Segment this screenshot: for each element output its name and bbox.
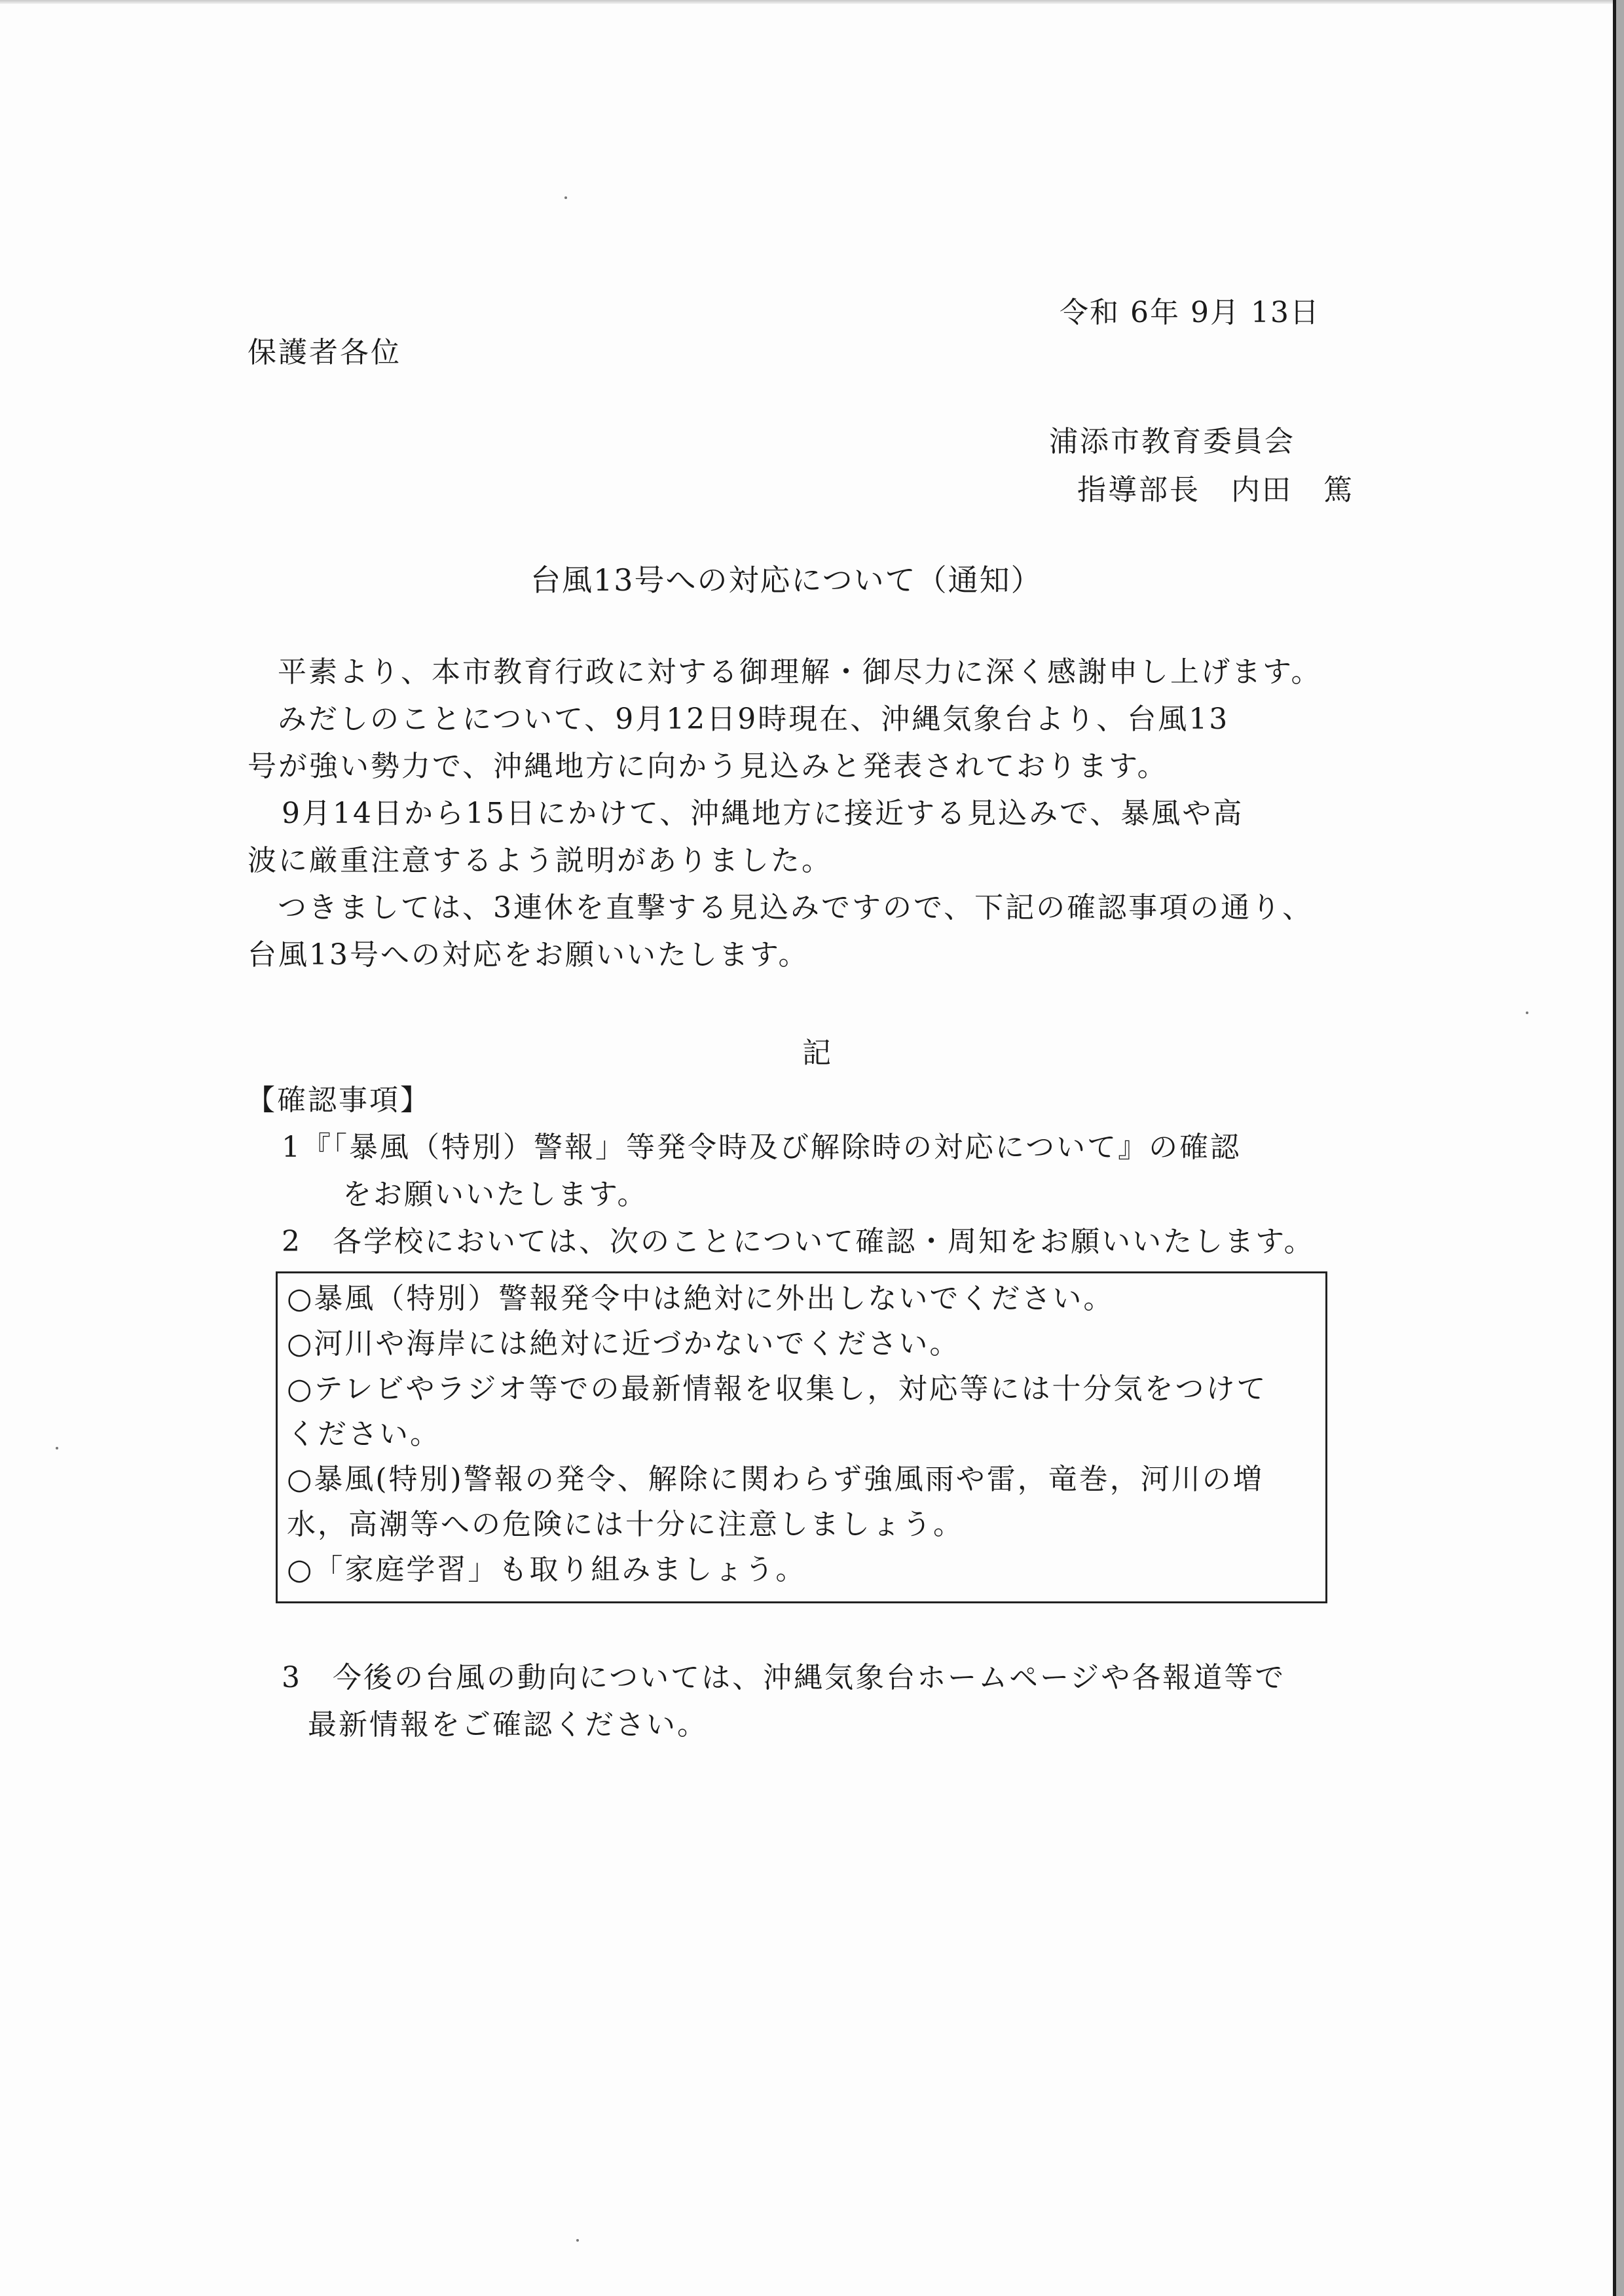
scan-speck <box>576 2239 579 2242</box>
box-line: ○「家庭学習」も取り組みましょう。 <box>287 1546 806 1594</box>
body-paragraph-line: 平素より、本市教育行政に対する御理解・御尽力に深く感謝申し上げます。 <box>278 649 1321 696</box>
section-heading: 【確認事項】 <box>246 1077 431 1124</box>
scan-speck <box>1526 1011 1528 1014</box>
ki-marker: 記 <box>802 1030 833 1077</box>
scan-speck <box>56 1447 58 1449</box>
box-line: ください。 <box>287 1411 441 1458</box>
scan-top-edge <box>0 0 1624 4</box>
notice-box: ○暴風（特別）警報発令中は絶対に外出しないでください。 ○河川や海岸には絶対に近… <box>276 1271 1327 1603</box>
scan-right-edge-strip <box>1616 0 1624 2296</box>
box-line: ○暴風（特別）警報発令中は絶対に外出しないでください。 <box>287 1275 1114 1322</box>
box-line: ○テレビやラジオ等での最新情報を収集し，対応等には十分気をつけて <box>287 1366 1268 1413</box>
document-page: 令和 6年 9月 13日 保護者各位 浦添市教育委員会 指導部長 内田 篤 台風… <box>0 0 1624 2296</box>
scan-speck <box>564 196 567 199</box>
item-1-line-2: をお願いいたします。 <box>342 1171 648 1218</box>
box-line: 水，高潮等への危険には十分に注意しましょう。 <box>287 1501 964 1548</box>
body-paragraph-line: みだしのことについて、9月12日9時現在、沖縄気象台より、台風13 <box>278 696 1229 743</box>
item-3-line-2: 最新情報をご確認ください。 <box>308 1702 708 1749</box>
item-1-line-1: 1『「暴風（特別）警報」等発令時及び解除時の対応について』の確認 <box>282 1124 1241 1171</box>
document-date: 令和 6年 9月 13日 <box>1060 289 1320 337</box>
body-paragraph-line: 号が強い勢力で、沖縄地方に向かう見込みと発表されております。 <box>248 743 1168 790</box>
sender-organization: 浦添市教育委員会 <box>1049 418 1295 465</box>
body-paragraph-line: 台風13号への対応をお願いいたします。 <box>248 932 809 979</box>
sender-title-name: 指導部長 内田 篤 <box>1077 467 1354 514</box>
addressee: 保護者各位 <box>248 329 401 376</box>
body-paragraph-line: つきましては、3連休を直撃する見込みですので、下記の確認事項の通り、 <box>278 884 1313 932</box>
box-line: ○河川や海岸には絶対に近づかないでください。 <box>287 1321 960 1368</box>
item-2-line-1: 2 各学校においては、次のことについて確認・周知をお願いいたします。 <box>282 1218 1315 1266</box>
item-3-line-1: 3 今後の台風の動向については、沖縄気象台ホームページや各報道等で <box>282 1654 1285 1702</box>
document-title: 台風13号への対応について（通知） <box>530 556 1043 604</box>
body-paragraph-line: 9月14日から15日にかけて、沖縄地方に接近する見込みで、暴風や高 <box>282 790 1244 837</box>
box-line: ○暴風(特別)警報の発令、解除に関わらず強風雨や雷，竜巻，河川の増 <box>287 1456 1264 1503</box>
body-paragraph-line: 波に厳重注意するよう説明がありました。 <box>248 837 832 884</box>
